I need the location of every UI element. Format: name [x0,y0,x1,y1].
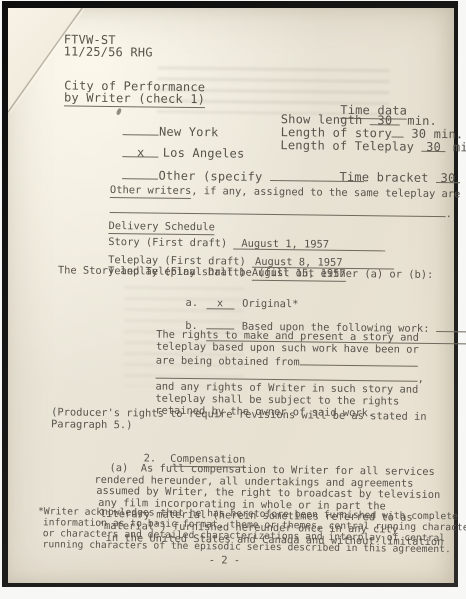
producer-rights-note: (Producer's rights to require revisions … [51,407,427,435]
obtained-from-blank-2 [156,367,418,381]
typewritten-content: FTVW-ST 11/25/56 RHG City of Performance… [1,3,454,583]
value-blank: 30 [421,141,445,152]
form-date-ref: 11/25/56 RHG [64,46,153,59]
city-of-performance-heading: City of Performance by Writer (check 1) [64,79,205,106]
page-number: - 2 - [1,553,447,570]
asterisk-footnote: *Writer acknowledges that he has heretof… [38,506,466,556]
time-row-teleplay-length: Length of Teleplay 30 min. [280,139,466,154]
obtained-from-blank [300,355,418,367]
time-data-rows: Show length 30 min. Length of story 30 m… [280,113,466,154]
form-header-id: FTVW-ST 11/25/56 RHG [64,33,153,59]
rights-clause: The rights to make and present a story a… [155,330,424,420]
value-blank: 30 [370,114,400,125]
document-photo: FTVW-ST 11/25/56 RHG City of Performance… [0,0,466,599]
paper-wrap: FTVW-ST 11/25/56 RHG City of Performance… [8,8,454,583]
heading-line-2: by Writer (check 1) [64,91,205,109]
value-blank [392,127,404,138]
